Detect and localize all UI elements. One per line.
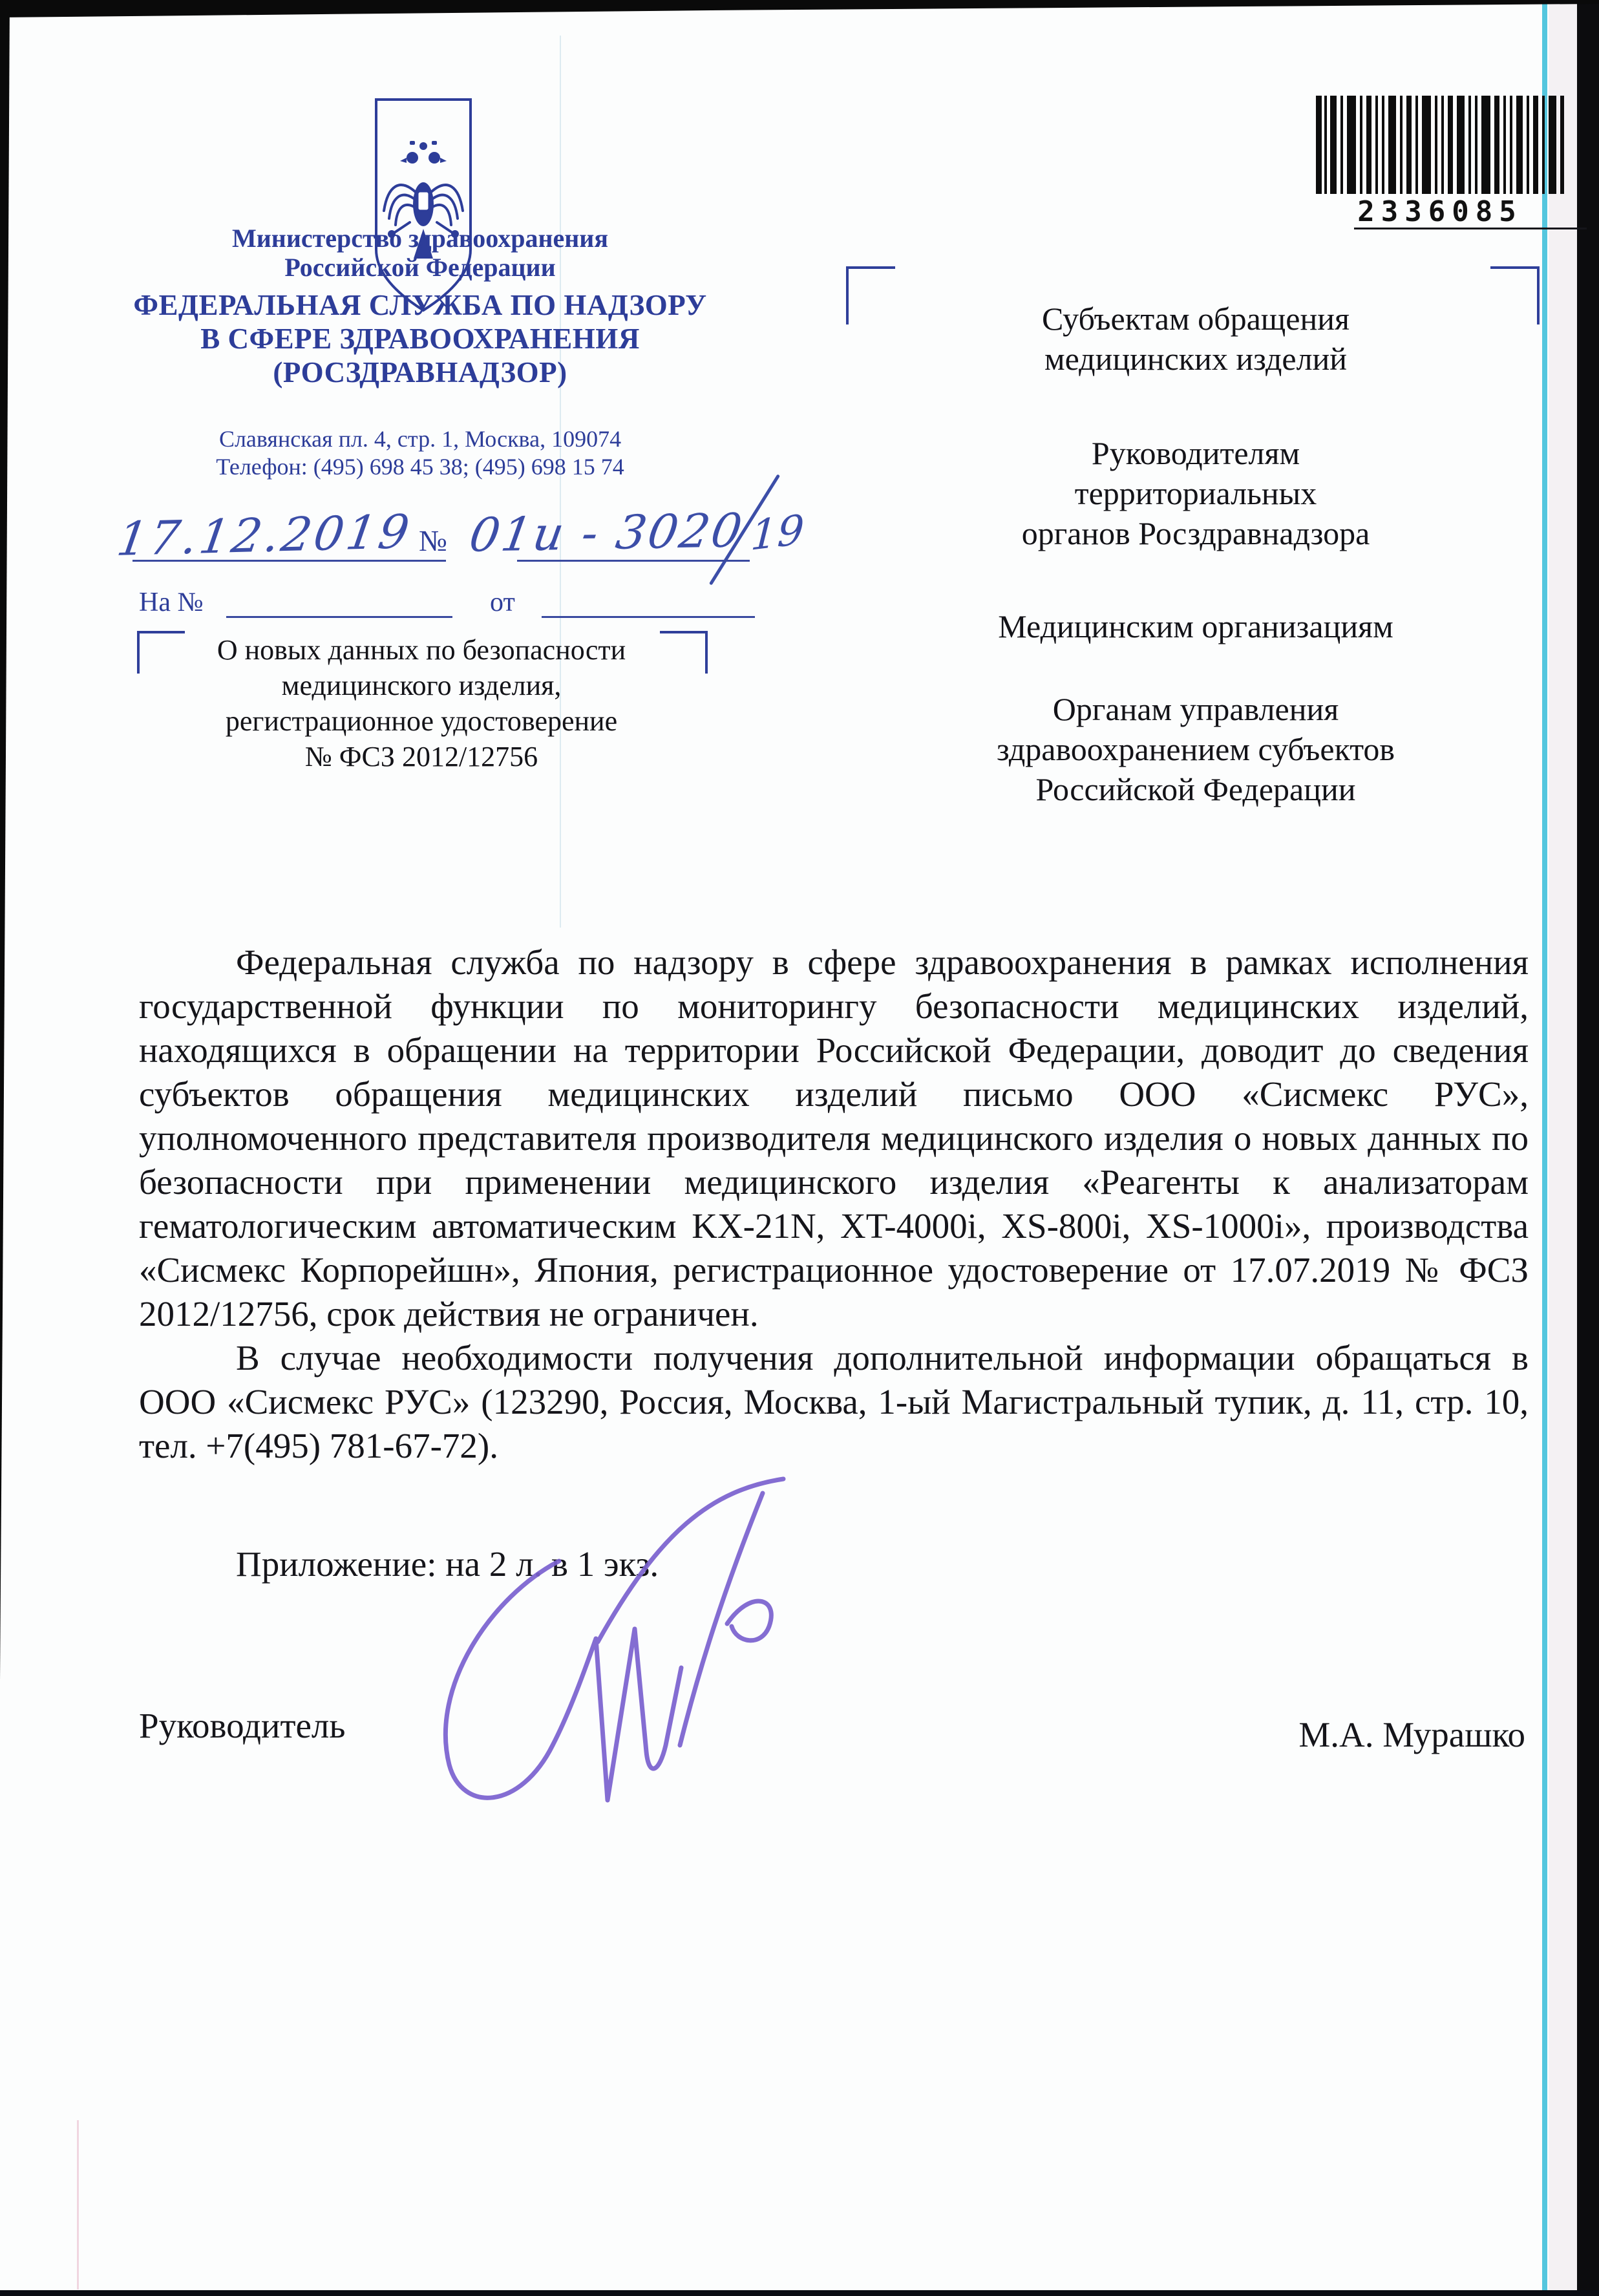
number-underline — [517, 560, 750, 562]
scan-edge-right — [1577, 0, 1599, 2296]
subject-block: О новых данных по безопасности медицинск… — [150, 632, 693, 774]
scan-edge-top — [0, 0, 1599, 19]
scan-edge-strip — [1549, 0, 1577, 2296]
coat-of-arms-icon — [372, 96, 474, 315]
ministry-line-1: Министерство здравоохранения — [129, 224, 711, 253]
addressee-group-4: Органам управления здравоохранением субъ… — [873, 689, 1519, 809]
handwritten-date: 17.12.2019 — [114, 504, 416, 566]
body-paragraph-1: Федеральная служба по надзору в сфере зд… — [139, 941, 1529, 1336]
scan-fold-line — [560, 36, 561, 928]
signer-name: М.А. Мурашко — [1267, 1714, 1525, 1755]
barcode-bars — [1313, 96, 1567, 194]
scan-edge-bottom — [0, 2290, 1599, 2296]
ministry-line-2: Российской Федерации — [129, 253, 711, 282]
service-name: ФЕДЕРАЛЬНАЯ СЛУЖБА ПО НАДЗОРУ В СФЕРЕ ЗД… — [107, 288, 734, 389]
reply-date-blank — [542, 616, 755, 618]
service-line-2: В СФЕРЕ ЗДРАВООХРАНЕНИЯ — [107, 322, 734, 356]
addressee-line: здравоохранением субъектов — [873, 729, 1519, 769]
scan-edge-cyan-line — [1542, 0, 1547, 2296]
subject-line-2: медицинского изделия, — [150, 668, 693, 703]
subject-line-4: № ФСЗ 2012/12756 — [150, 739, 693, 774]
addressee-line: Субъектам обращения — [873, 299, 1519, 339]
barcode-number: 2336085 — [1313, 195, 1567, 228]
barcode: 2336085 — [1313, 96, 1567, 228]
reply-number-blank — [226, 616, 452, 618]
addressee-group-2: Руководителям территориальных органов Ро… — [873, 433, 1519, 553]
scan-pink-line — [77, 2120, 79, 2290]
barcode-underline — [1354, 228, 1587, 229]
reply-number-label: На № — [139, 587, 204, 618]
addressee-line: Российской Федерации — [873, 769, 1519, 809]
addressee-line: Медицинским организациям — [873, 606, 1519, 646]
signer-position: Руководитель — [139, 1705, 345, 1746]
service-line-3: (РОСЗДРАВНАДЗОР) — [107, 356, 734, 389]
addressee-block: Субъектам обращения медицинских изделий … — [873, 299, 1519, 864]
body-paragraph-2: В случае необходимости получения дополни… — [139, 1336, 1529, 1468]
date-underline — [132, 560, 446, 562]
addressee-group-3: Медицинским организациям — [873, 606, 1519, 646]
addressee-line: Руководителям — [873, 433, 1519, 473]
subject-line-3: регистрационное удостоверение — [150, 703, 693, 739]
addressee-line: территориальных — [873, 473, 1519, 513]
handwritten-doc-number: 01и - 3020 — [466, 503, 748, 562]
scan-edge-left — [0, 0, 10, 1681]
subject-line-1: О новых данных по безопасности — [150, 632, 693, 668]
addressee-line: медицинских изделий — [873, 339, 1519, 379]
addressee-line: Органам управления — [873, 689, 1519, 729]
address-line: Славянская пл. 4, стр. 1, Москва, 109074 — [129, 425, 711, 453]
number-sign: № — [419, 524, 447, 558]
handwritten-doc-number-year: 19 — [749, 506, 805, 560]
addressee-line: органов Росздравнадзора — [873, 513, 1519, 553]
letter-body: Федеральная служба по надзору в сфере зд… — [139, 941, 1529, 1468]
signature-ink — [401, 1474, 814, 1823]
service-line-1: ФЕДЕРАЛЬНАЯ СЛУЖБА ПО НАДЗОРУ — [107, 288, 734, 322]
ministry-name: Министерство здравоохранения Российской … — [129, 224, 711, 282]
addressee-group-1: Субъектам обращения медицинских изделий — [873, 299, 1519, 379]
reply-from-label: от — [490, 587, 515, 618]
phone-line: Телефон: (495) 698 45 38; (495) 698 15 7… — [129, 453, 711, 481]
letterhead-contacts: Славянская пл. 4, стр. 1, Москва, 109074… — [129, 425, 711, 481]
scanned-letter-page: Министерство здравоохранения Российской … — [0, 0, 1599, 2296]
